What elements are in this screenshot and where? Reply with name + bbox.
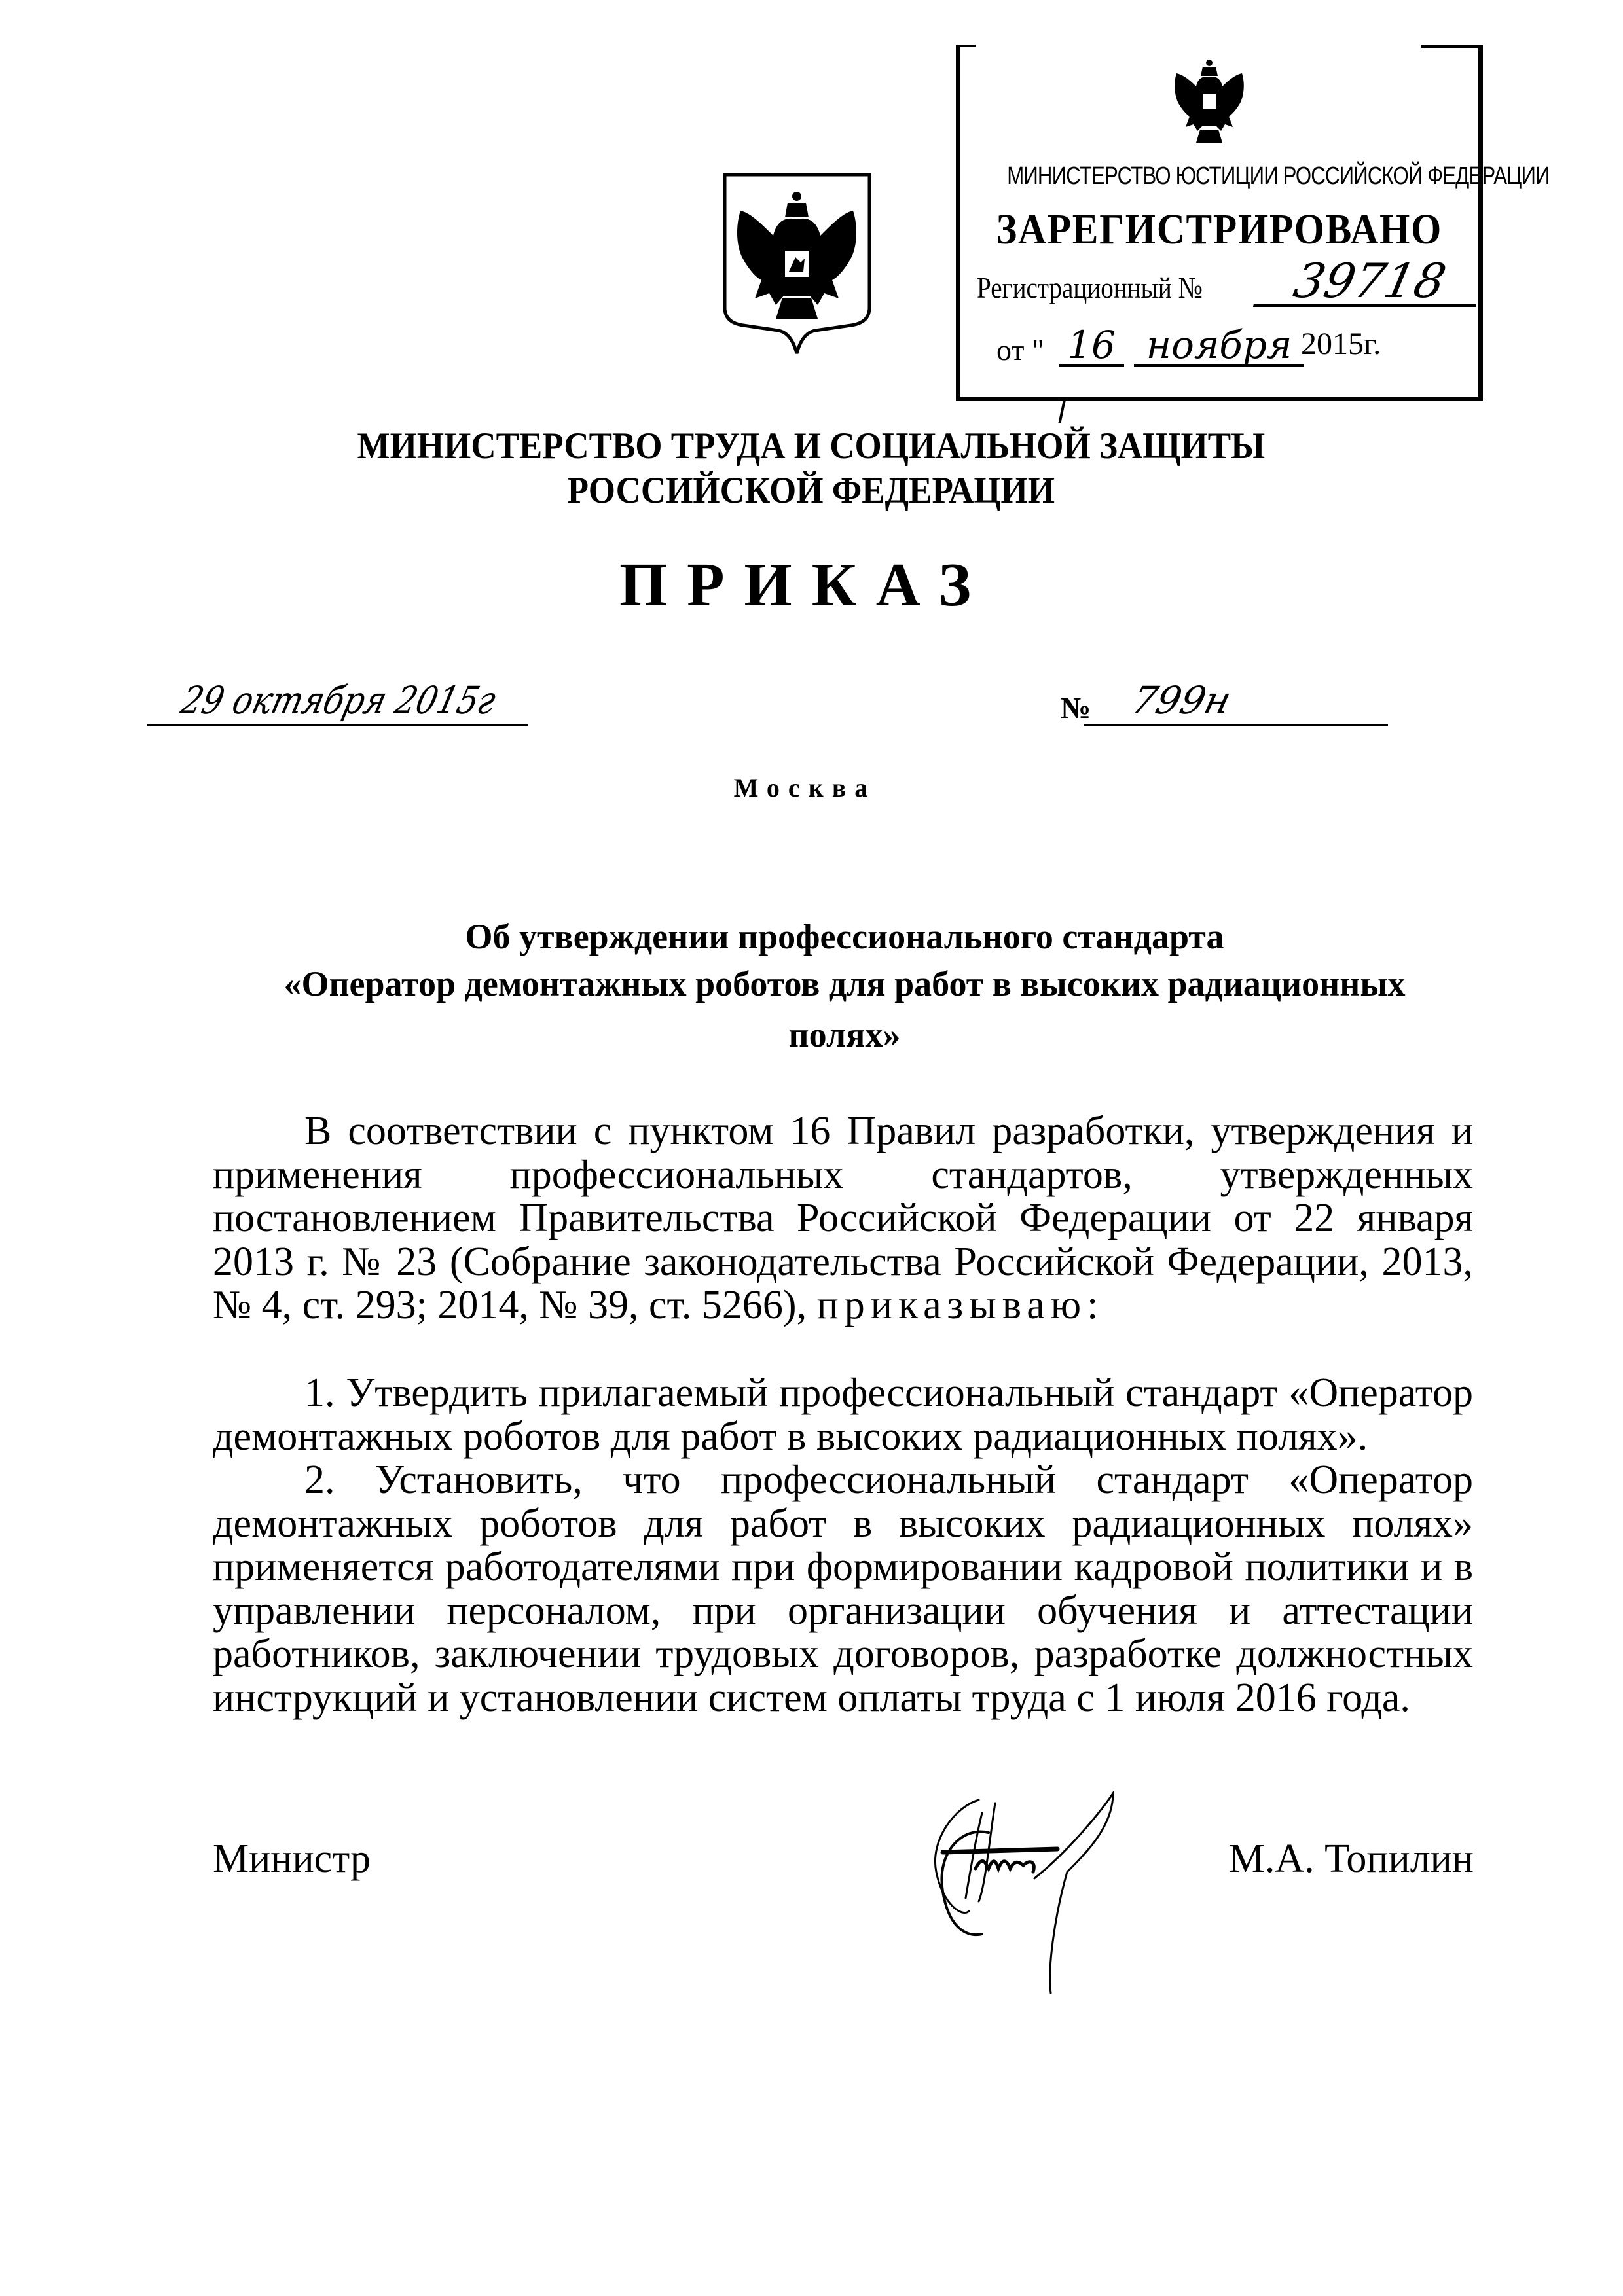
order-item-2: 2. Установить, что профессиональный стан… xyxy=(213,1458,1473,1719)
document-subject: Об утверждении профессионального стандар… xyxy=(216,913,1473,1058)
stamp-reg-number: 39718 xyxy=(1253,257,1486,307)
ministry-line-1: МИНИСТЕРСТВО ТРУДА И СОЦИАЛЬНОЙ ЗАЩИТЫ xyxy=(56,424,1565,469)
ministry-line-2: РОССИЙСКОЙ ФЕДЕРАЦИИ xyxy=(56,469,1565,513)
stamp-pen-stroke xyxy=(1058,401,1065,423)
stamp-date-day: 16 xyxy=(1059,326,1124,367)
stamp-status: ЗАРЕГИСТРИРОВАНО xyxy=(987,205,1453,255)
document-type: ПРИКАЗ xyxy=(0,550,1607,620)
city: Москва xyxy=(0,772,1616,803)
subject-line-1: Об утверждении профессионального стандар… xyxy=(216,913,1473,960)
stamp-date-month: ноября xyxy=(1134,326,1304,367)
order-number: 799н xyxy=(1127,678,1236,723)
subject-line-2: «Оператор демонтажных роботов для работ … xyxy=(216,960,1473,1007)
subject-line-3: полях» xyxy=(216,1011,1473,1058)
stamp-date-prefix: от " xyxy=(996,332,1044,367)
order-word: приказываю: xyxy=(817,1283,1104,1327)
stamp-date-year: 2015г. xyxy=(1301,326,1381,362)
coat-of-arms-icon xyxy=(717,167,877,357)
order-date-field: 29 октября 2015г xyxy=(147,681,528,726)
signatory-name: М.А. Топилин xyxy=(1229,1836,1474,1882)
signatory-title: Министр xyxy=(213,1836,371,1882)
issuing-authority: МИНИСТЕРСТВО ТРУДА И СОЦИАЛЬНОЙ ЗАЩИТЫ Р… xyxy=(56,424,1565,513)
handwritten-signature-icon xyxy=(917,1787,1192,1996)
order-item-1: 1. Утвердить прилагаемый профессиональны… xyxy=(213,1371,1473,1458)
stamp-ministry-name: МИНИСТЕРСТВО ЮСТИЦИИ РОССИЙСКОЙ ФЕДЕРАЦИ… xyxy=(1007,162,1432,190)
registration-stamp: МИНИСТЕРСТВО ЮСТИЦИИ РОССИЙСКОЙ ФЕДЕРАЦИ… xyxy=(956,45,1483,401)
preamble: В соответствии с пунктом 16 Правил разра… xyxy=(213,1109,1473,1327)
order-date: 29 октября 2015г xyxy=(177,678,500,723)
coat-of-arms-icon xyxy=(1170,58,1249,146)
order-items: 1. Утвердить прилагаемый профессиональны… xyxy=(213,1371,1473,1719)
stamp-reg-label: Регистрационный № xyxy=(977,270,1203,305)
order-number-field: 799н xyxy=(1084,681,1388,726)
